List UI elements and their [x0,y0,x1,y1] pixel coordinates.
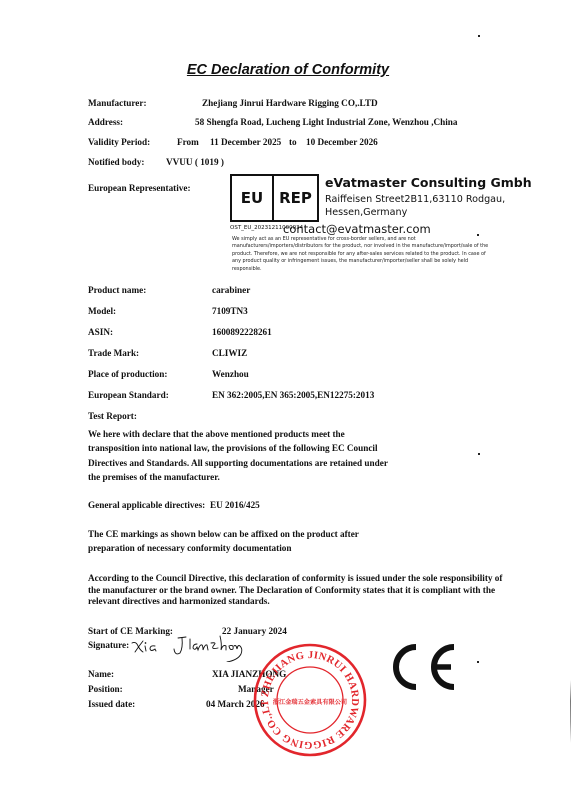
eu-badge-text: EU [232,176,272,220]
ce-paragraph: The CE markings as shown below can be af… [88,528,359,555]
ce-mark-icon [388,643,458,691]
scan-speck [477,234,479,236]
eu-rep-email: contact@evatmaster.com [283,222,431,236]
declaration-line: transposition into national law, the pro… [88,442,388,456]
product-field-label: Model: [88,306,116,316]
product-field-label: Test Report: [88,411,137,421]
product-field-label: ASIN: [88,327,113,337]
product-field-label: Trade Mark: [88,348,139,358]
eu-rep-badge: EU REP [230,174,319,222]
ce-line: The CE markings as shown below can be af… [88,528,359,542]
council-paragraph: According to the Council Directive, this… [88,573,502,608]
declaration-line: the premises of the manufacturer. [88,471,388,485]
notified-label: Notified body: [88,157,144,167]
position-label: Position: [88,684,123,694]
issued-label: Issued date: [88,699,135,709]
eu-rep-label: European Representative: [88,183,191,193]
rep-badge-text: REP [274,176,317,220]
address-value: 58 Shengfa Road, Lucheng Light Industria… [195,117,458,127]
validity-label: Validity Period: [88,137,150,147]
document-title: EC Declaration of Conformity [0,62,576,78]
declaration-paragraph: We here with declare that the above ment… [88,428,388,484]
notified-value: VVUU ( 1019 ) [166,157,224,167]
council-line: According to the Council Directive, this… [88,573,502,585]
product-field-value: CLIWIZ [212,348,247,358]
eu-rep-address-1: Raiffeisen Street2B11,63110 Rodgau, [325,194,505,205]
product-field-label: Place of production: [88,369,167,379]
name-label: Name: [88,669,114,679]
product-field-value: carabiner [212,285,250,295]
eu-rep-address-2: Hessen,Germany [325,207,407,218]
directives-label: General applicable directives: [88,500,205,510]
product-field-value: 1600892228261 [212,327,272,337]
validity-from-word: From [177,137,199,147]
seal-inner-text: 浙江金瑞五金索具有限公司 [273,698,347,706]
product-field-value: 7109TN3 [212,306,248,316]
scan-speck [478,453,480,455]
directives-value: EU 2016/425 [210,500,260,510]
product-field-label: Product name: [88,285,146,295]
product-field-label: European Standard: [88,390,169,400]
address-label: Address: [88,117,123,127]
signature-label: Signature: [88,640,129,650]
scan-speck [478,35,480,37]
product-field-value: EN 362:2005,EN 365:2005,EN12275:2013 [212,390,374,400]
eu-rep-disclaimer: We simply act as an EU representative fo… [232,236,496,273]
scan-speck [477,661,479,663]
declaration-line: We here with declare that the above ment… [88,428,388,442]
validity-to-word: to [289,137,297,147]
validity-from: 11 December 2025 [210,137,281,147]
manufacturer-label: Manufacturer: [88,98,147,108]
validity-to: 10 December 2026 [306,137,378,147]
scan-edge-line [570,680,571,743]
product-field-value: Wenzhou [212,369,249,379]
eu-rep-company: eVatmaster Consulting Gmbh [325,175,532,190]
council-line: relevant directives and harmonized stand… [88,596,502,608]
council-line: the manufacturer or the brand owner. The… [88,585,502,597]
company-seal: ZHEJIANG JINRUI HARDWARE RIGGING CO.,LTD… [252,642,368,758]
handwritten-signature [130,632,245,662]
manufacturer-value: Zhejiang Jinrui Hardware Rigging CO,.LTD [202,98,378,108]
declaration-line: Directives and Standards. All supporting… [88,457,388,471]
ce-line: preparation of necessary conformity docu… [88,542,359,556]
